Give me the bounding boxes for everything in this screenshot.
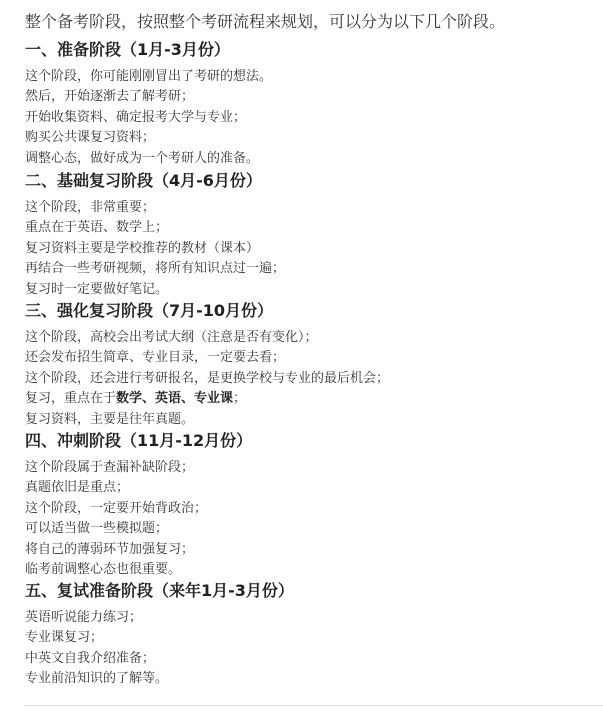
list-item: 专业前沿知识的了解等。: [25, 669, 595, 689]
section-intensive-review: 三、强化复习阶段（7月-10月份） 这个阶段，高校会出考试大纲（注意是否有变化）…: [25, 299, 595, 430]
section-foundation-review: 二、基础复习阶段（4月-6月份） 这个阶段，非常重要； 重点在于英语、数学上； …: [25, 169, 595, 300]
list-item: 还会发布招生简章、专业目录，一定要去看；: [25, 348, 595, 368]
list-item: 然后，开始逐渐去了解考研；: [25, 87, 595, 107]
focus-suffix: ；: [233, 391, 246, 406]
list-item: 可以适当做一些模拟题；: [25, 519, 595, 539]
list-item: 专业课复习；: [25, 628, 595, 648]
list-item: 复习时一定要做好笔记。: [25, 280, 595, 300]
list-item: 这个阶段，一定要开始背政治；: [25, 499, 595, 519]
section-heading: 四、冲刺阶段（11月-12月份）: [25, 429, 595, 453]
list-item-focus: 复习，重点在于数学、英语、专业课；: [25, 389, 595, 409]
list-item: 复习资料，主要是往年真题。: [25, 410, 595, 430]
list-item: 购买公共课复习资料；: [25, 128, 595, 148]
list-item: 重点在于英语、数学上；: [25, 218, 595, 238]
section-heading: 一、准备阶段（1月-3月份）: [25, 38, 595, 62]
list-item: 中英文自我介绍准备；: [25, 649, 595, 669]
list-item: 再结合一些考研视频，将所有知识点过一遍；: [25, 259, 595, 279]
list-item: 这个阶段，还会进行考研报名，是更换学校与专业的最后机会；: [25, 369, 595, 389]
list-item: 真题依旧是重点；: [25, 478, 595, 498]
list-item: 复习资料主要是学校推荐的教材（课本）: [25, 239, 595, 259]
list-item: 这个阶段，你可能刚刚冒出了考研的想法。: [25, 67, 595, 87]
section-heading: 五、复试准备阶段（来年1月-3月份）: [25, 579, 595, 603]
list-item: 开始收集资料、确定报考大学与专业；: [25, 108, 595, 128]
list-item: 临考前调整心态也很重要。: [25, 560, 595, 580]
section-heading: 三、强化复习阶段（7月-10月份）: [25, 299, 595, 323]
list-item: 这个阶段属于查漏补缺阶段；: [25, 458, 595, 478]
section-sprint: 四、冲刺阶段（11月-12月份） 这个阶段属于查漏补缺阶段； 真题依旧是重点； …: [25, 429, 595, 580]
focus-subjects: 数学、英语、专业课: [116, 391, 233, 406]
bottom-divider: [24, 705, 603, 706]
list-item: 调整心态，做好成为一个考研人的准备。: [25, 149, 595, 169]
section-preparation: 一、准备阶段（1月-3月份） 这个阶段，你可能刚刚冒出了考研的想法。 然后，开始…: [25, 38, 595, 169]
list-item: 这个阶段，非常重要；: [25, 198, 595, 218]
section-retest-preparation: 五、复试准备阶段（来年1月-3月份） 英语听说能力练习； 专业课复习； 中英文自…: [25, 579, 595, 690]
list-item: 英语听说能力练习；: [25, 608, 595, 628]
list-item: 将自己的薄弱环节加强复习；: [25, 540, 595, 560]
intro-paragraph: 整个备考阶段，按照整个考研流程来规划，可以分为以下几个阶段。: [25, 10, 505, 34]
section-heading: 二、基础复习阶段（4月-6月份）: [25, 169, 595, 193]
focus-prefix: 复习，重点在于: [25, 391, 116, 406]
list-item: 这个阶段，高校会出考试大纲（注意是否有变化）；: [25, 328, 595, 348]
